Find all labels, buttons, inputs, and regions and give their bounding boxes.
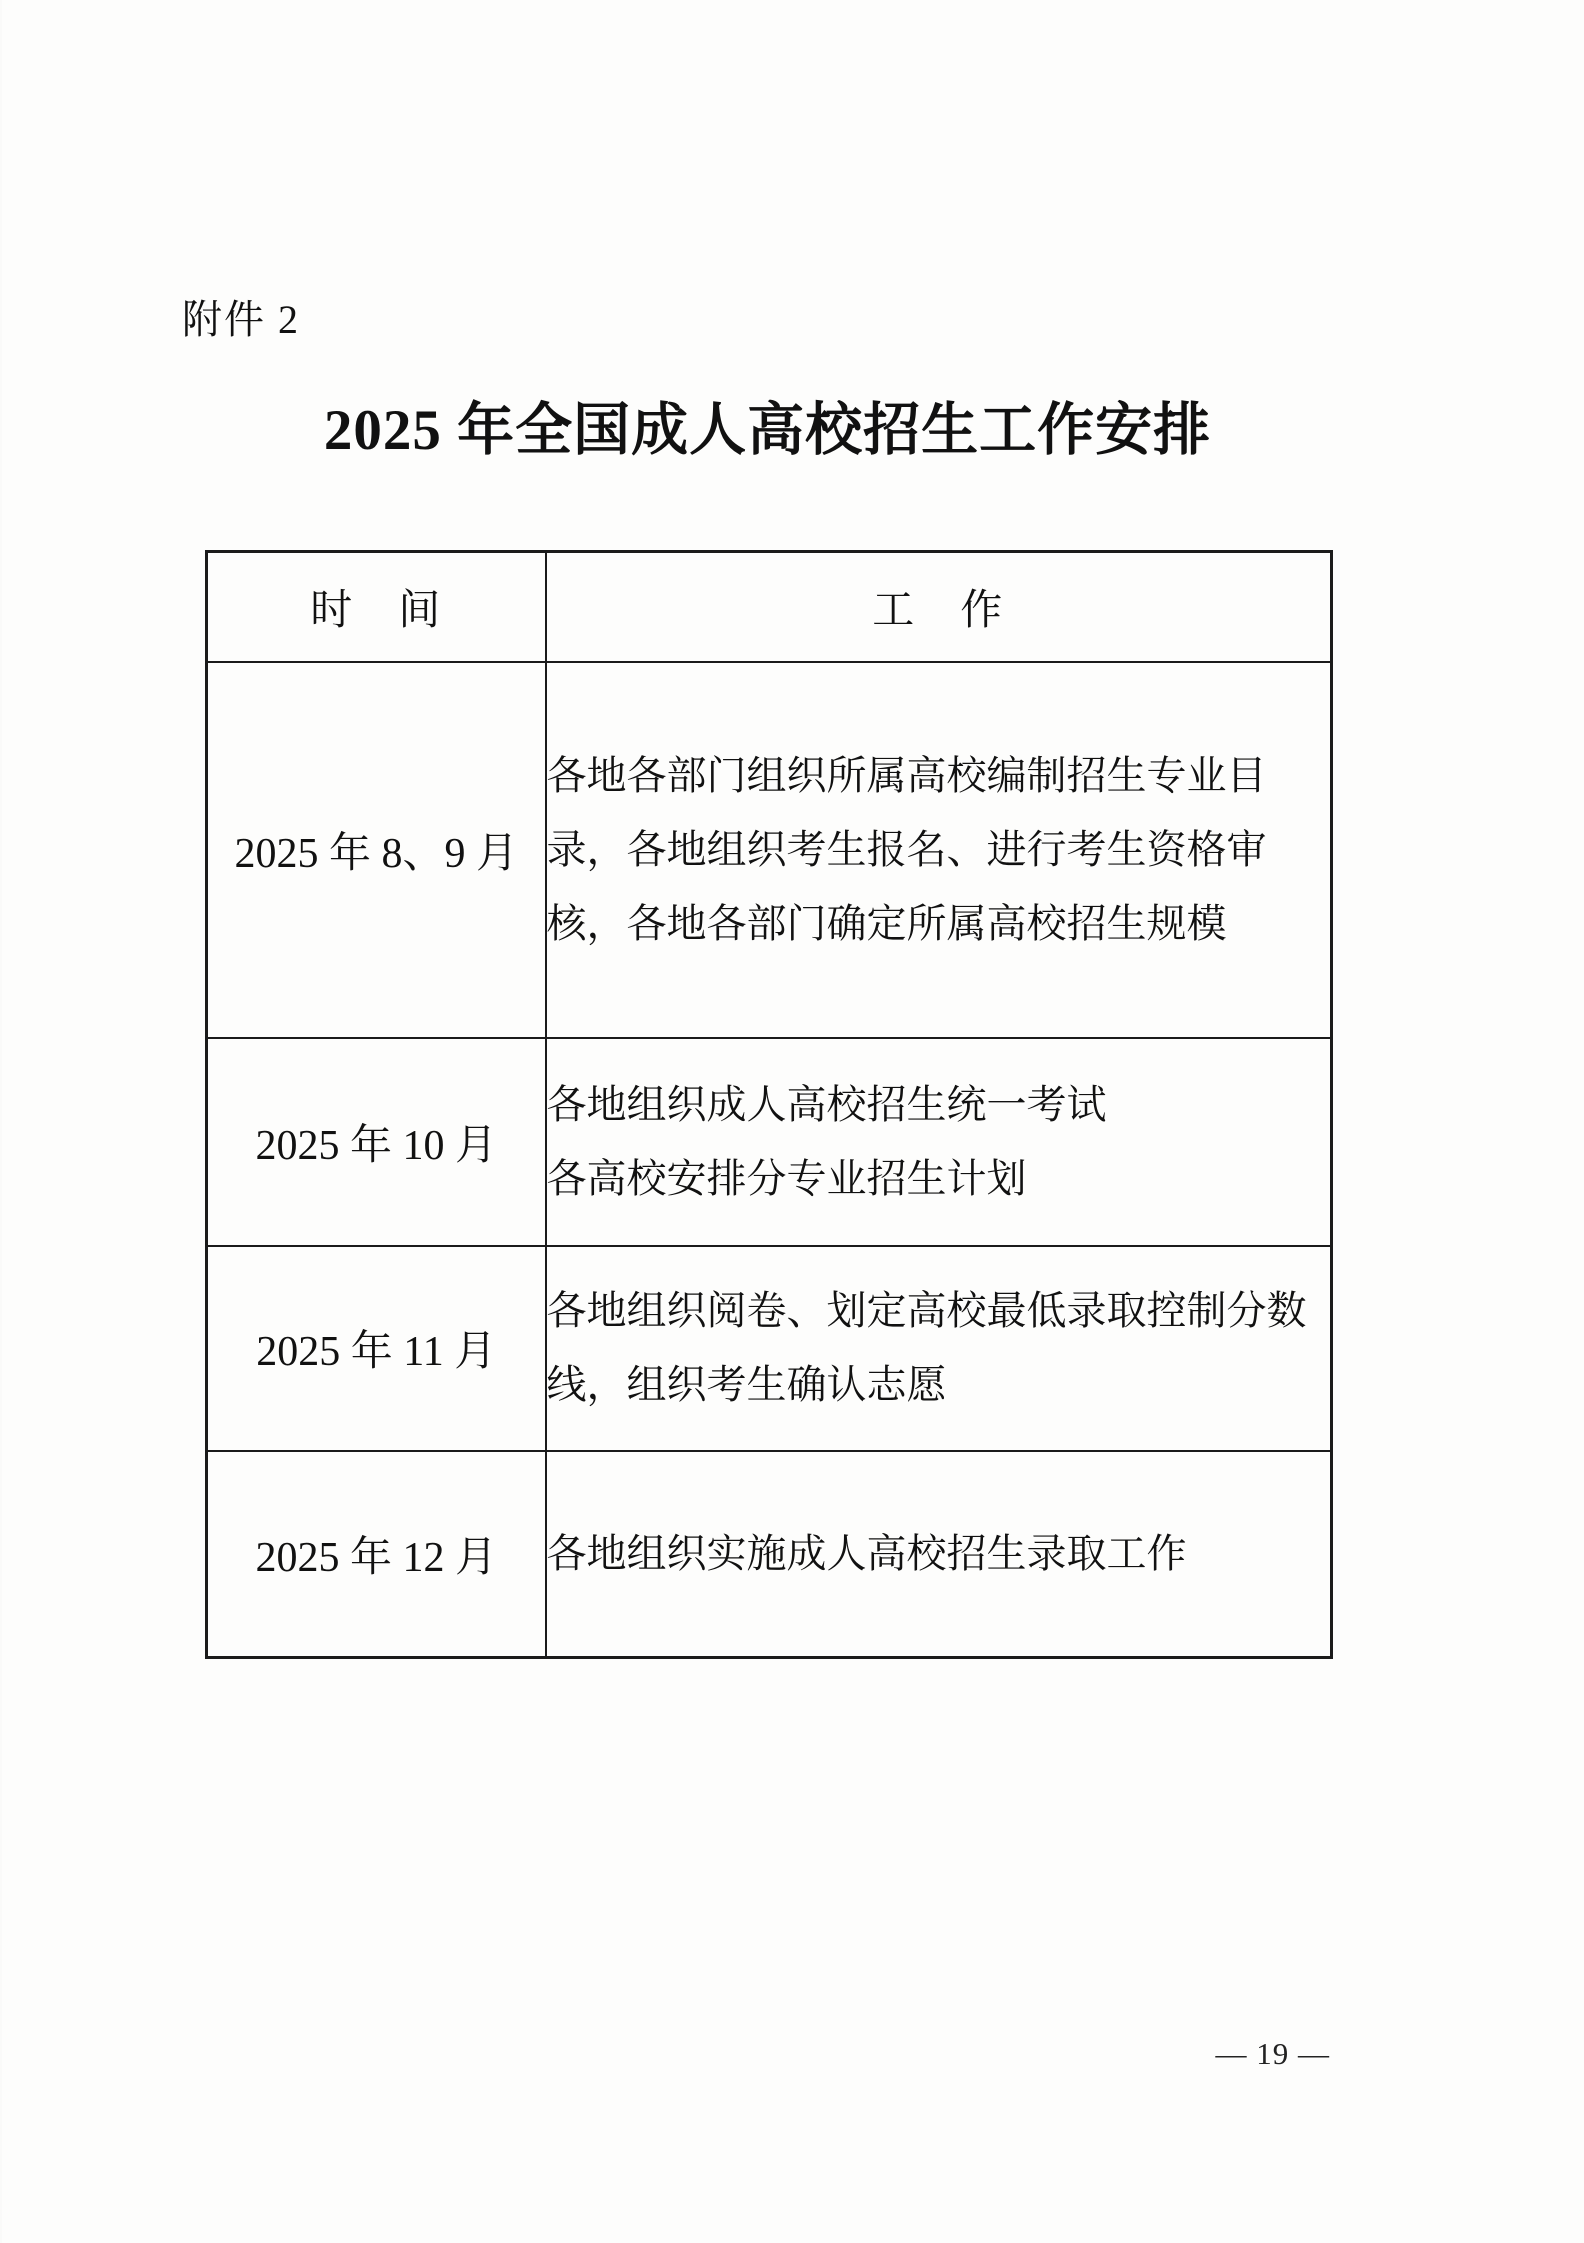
table-row: 2025 年 10 月 各地组织成人高校招生统一考试 各高校安排分专业招生计划 [207, 1038, 1332, 1246]
work-cell: 各地各部门组织所属高校编制招生专业目录，各地组织考生报名、进行考生资格审核，各地… [546, 662, 1332, 1038]
table-row: 2025 年 12 月 各地组织实施成人高校招生录取工作 [207, 1451, 1332, 1658]
time-cell: 2025 年 8、9 月 [207, 662, 546, 1038]
table-row: 2025 年 8、9 月 各地各部门组织所属高校编制招生专业目录，各地组织考生报… [207, 662, 1332, 1038]
work-line: 各高校安排分专业招生计划 [547, 1142, 1331, 1216]
table-header-row: 时 间 工 作 [207, 552, 1332, 662]
work-line: 各地组织实施成人高校招生录取工作 [547, 1517, 1331, 1591]
work-cell: 各地组织实施成人高校招生录取工作 [546, 1451, 1332, 1658]
time-cell: 2025 年 11 月 [207, 1246, 546, 1451]
page-title: 2025 年全国成人高校招生工作安排 [205, 384, 1330, 466]
schedule-table: 时 间 工 作 2025 年 8、9 月 各地各部门组织所属高校编制招生专业目录… [205, 550, 1333, 1659]
table-header-work: 工 作 [546, 552, 1332, 662]
work-line: 各地组织阅卷、划定高校最低录取控制分数线，组织考生确认志愿 [547, 1274, 1331, 1422]
table-row: 2025 年 11 月 各地组织阅卷、划定高校最低录取控制分数线，组织考生确认志… [207, 1246, 1332, 1451]
time-cell: 2025 年 12 月 [207, 1451, 546, 1658]
attachment-label: 附件 2 [182, 288, 300, 345]
work-cell: 各地组织阅卷、划定高校最低录取控制分数线，组织考生确认志愿 [546, 1246, 1332, 1451]
page-number: — 19 — [205, 2036, 1330, 2072]
work-line: 各地各部门组织所属高校编制招生专业目录，各地组织考生报名、进行考生资格审核，各地… [547, 739, 1331, 961]
table-header-time: 时 间 [207, 552, 546, 662]
time-cell: 2025 年 10 月 [207, 1038, 546, 1246]
document-page: 附件 2 2025 年全国成人高校招生工作安排 时 间 工 作 2025 年 8… [0, 0, 1584, 2243]
work-line: 各地组织成人高校招生统一考试 [547, 1068, 1331, 1142]
work-cell: 各地组织成人高校招生统一考试 各高校安排分专业招生计划 [546, 1038, 1332, 1246]
